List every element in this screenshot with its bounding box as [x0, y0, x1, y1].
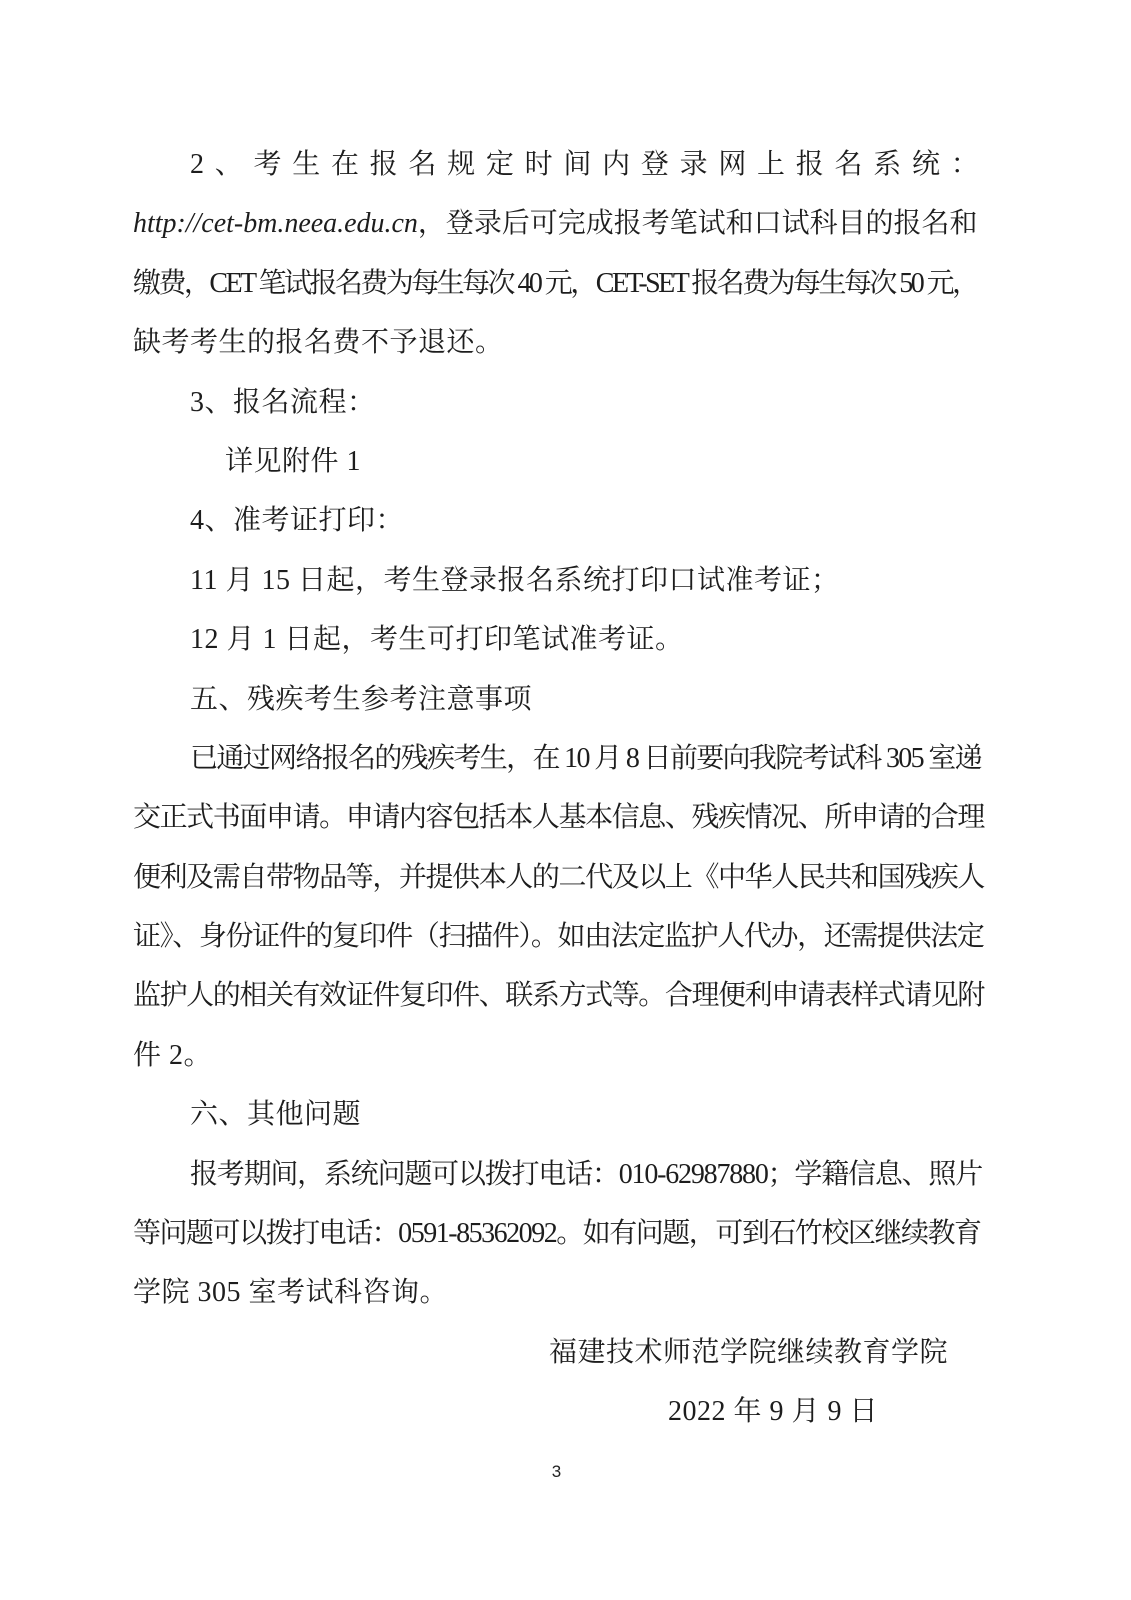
contact-para-line-1: 报考期间，系统问题可以拨打电话：010-62987880；学籍信息、照片	[133, 1145, 1000, 1204]
signature-text: 福建技术师范学院继续教育学院	[549, 1337, 948, 1368]
date-text: 2022 年 9 月 9 日	[668, 1396, 878, 1427]
disability-para-line-5: 监护人的相关有效证件复印件、联系方式等。合理便利申请表样式请见附	[133, 966, 1000, 1025]
item-4-heading-text: 4、准考证打印：	[190, 505, 404, 536]
oral-ticket-print-line: 11 月 15 日起，考生登录报名系统打印口试准考证；	[133, 551, 1000, 610]
written-ticket-print-line: 12 月 1 日起，考生可打印笔试准考证。	[133, 610, 1000, 669]
item-4-heading: 4、准考证打印：	[133, 491, 1000, 550]
disability-para-line-6: 件 2。	[133, 1026, 1000, 1085]
para-registration-line-3-text: 缴费，CET 笔试报名费为每生每次 40 元，CET-SET 报名费为每生每次 …	[133, 268, 978, 299]
disability-para-line-4: 证》、身份证件的复印件（扫描件）。如由法定监护人代办，还需提供法定	[133, 907, 1000, 966]
para-registration-line-3: 缴费，CET 笔试报名费为每生每次 40 元，CET-SET 报名费为每生每次 …	[133, 254, 1000, 313]
disability-para-line-1-text: 已通过网络报名的残疾考生，在 10 月 8 日前要向我院考试科 305 室递	[190, 743, 981, 774]
attachment-1-note: 详见附件 1	[133, 432, 1000, 491]
attachment-1-note-text: 详见附件 1	[225, 446, 361, 477]
disability-para-line-5-text: 监护人的相关有效证件复印件、联系方式等。合理便利申请表样式请见附	[133, 980, 984, 1011]
item-3-heading: 3、报名流程：	[133, 373, 1000, 432]
para-registration-line-2-text: ，登录后可完成报考笔试和口试科目的报名和	[418, 208, 978, 239]
section-5-heading-text: 五、残疾考生参考注意事项	[190, 684, 532, 715]
oral-ticket-print-text: 11 月 15 日起，考生登录报名系统打印口试准考证；	[190, 565, 839, 596]
para-registration-line-1: 2、考生在报名规定时间内登录网上报名系统：	[133, 135, 1000, 194]
disability-para-line-3: 便利及需自带物品等，并提供本人的二代及以上《中华人民共和国残疾人	[133, 848, 1000, 907]
signature-line: 福建技术师范学院继续教育学院	[133, 1323, 1000, 1382]
contact-para-line-1-text: 报考期间，系统问题可以拨打电话：010-62987880；学籍信息、照片	[190, 1159, 982, 1190]
contact-para-line-2: 等问题可以拨打电话：0591-85362092。如有问题，可到石竹校区继续教育	[133, 1204, 1000, 1263]
disability-para-line-2-text: 交正式书面申请。申请内容包括本人基本信息、残疾情况、所申请的合理	[133, 802, 984, 833]
written-ticket-print-text: 12 月 1 日起，考生可打印笔试准考证。	[190, 624, 684, 655]
section-6-heading-text: 六、其他问题	[190, 1099, 361, 1130]
disability-para-line-2: 交正式书面申请。申请内容包括本人基本信息、残疾情况、所申请的合理	[133, 788, 1000, 847]
disability-para-line-6-text: 件 2。	[133, 1040, 212, 1071]
contact-para-line-3: 学院 305 室考试科咨询。	[133, 1263, 1000, 1322]
item-3-heading-text: 3、报名流程：	[190, 387, 376, 418]
disability-para-line-4-text: 证》、身份证件的复印件（扫描件）。如由法定监护人代办，还需提供法定	[133, 921, 984, 952]
disability-para-line-1: 已通过网络报名的残疾考生，在 10 月 8 日前要向我院考试科 305 室递	[133, 729, 1000, 788]
section-5-heading: 五、残疾考生参考注意事项	[133, 670, 1000, 729]
section-6-heading: 六、其他问题	[133, 1085, 1000, 1144]
disability-para-line-3-text: 便利及需自带物品等，并提供本人的二代及以上《中华人民共和国残疾人	[133, 862, 984, 893]
document-page: 2、考生在报名规定时间内登录网上报名系统： http://cet-bm.neea…	[133, 135, 1000, 1442]
para-registration-line-4: 缺考考生的报名费不予退还。	[133, 313, 1000, 372]
page-number: 3	[0, 1460, 1113, 1484]
contact-para-line-3-text: 学院 305 室考试科咨询。	[133, 1277, 448, 1308]
registration-url-text: http://cet-bm.neea.edu.cn	[133, 208, 418, 239]
para-registration-line-2: http://cet-bm.neea.edu.cn，登录后可完成报考笔试和口试科…	[133, 194, 1000, 253]
date-line: 2022 年 9 月 9 日	[133, 1382, 1000, 1441]
para-registration-line-4-text: 缺考考生的报名费不予退还。	[133, 327, 504, 358]
para-registration-line-1-text: 2、考生在报名规定时间内登录网上报名系统：	[190, 149, 990, 180]
contact-para-line-2-text: 等问题可以拨打电话：0591-85362092。如有问题，可到石竹校区继续教育	[133, 1218, 981, 1249]
